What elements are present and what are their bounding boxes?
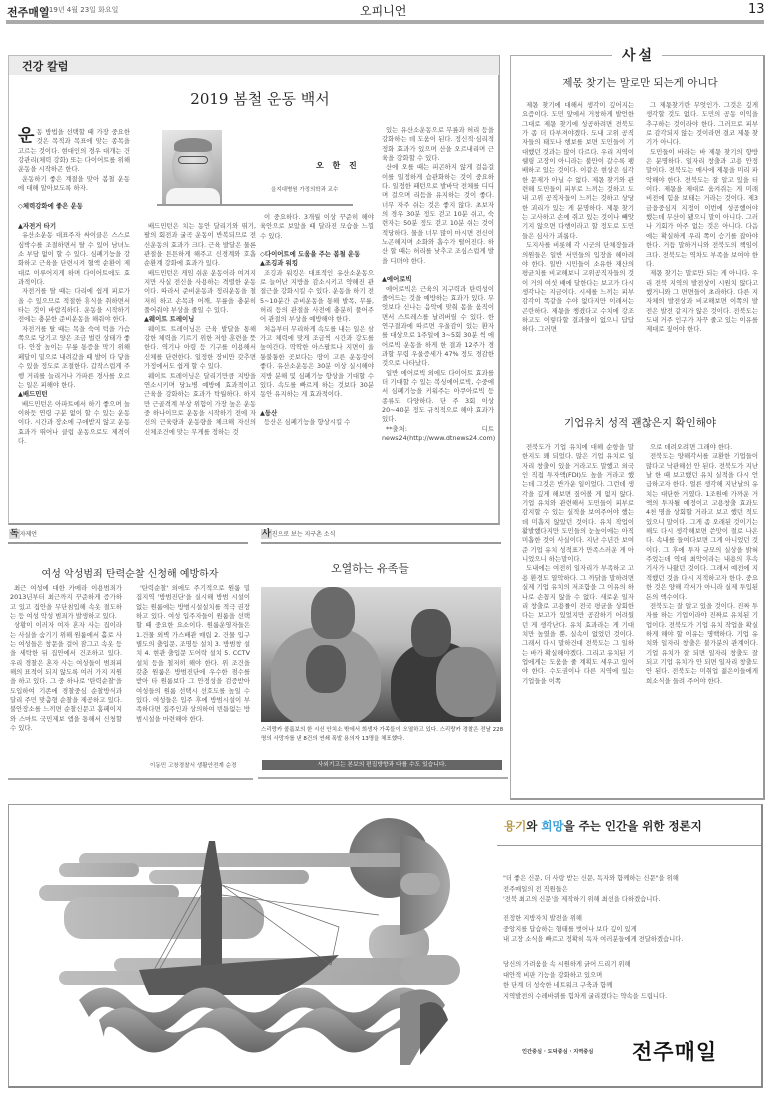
section-heading: ◇체력강화에 좋은 운동 xyxy=(18,202,130,211)
paragraph: 배드민턴은 아파트에서 하기 좋으며 놀이하듯 연령 구분 없이 할 수 있는 … xyxy=(18,400,130,447)
ad-logo: 전주매일 xyxy=(632,1036,717,1066)
reader-title: 여성 악성범죄 탄력순찰 신청해 예방하자 xyxy=(10,565,250,580)
intro-text: 동 방법을 선택할 때 가장 중요한 것은 목적과 목표에 맞는 종목을 고르는… xyxy=(18,128,130,173)
paragraph: 전북도는 양해각서를 교환한 기업들이 많다고 낙관해선 안 된다. 전북도가 … xyxy=(646,452,758,602)
reader-signature: 이동민 고창경찰서 생활안전계 순경 xyxy=(150,761,236,769)
paragraph: 있는 유산소운동으로 무릎과 허리 등을 강화하는 데 도움이 된다. 정신적·… xyxy=(382,126,494,163)
photo-news-bottom-rule xyxy=(258,777,508,779)
ad-line: 중앙지를 답습하는 형태를 벗어나 보다 깊이 있게 xyxy=(503,925,763,936)
paragraph: 에어로빅은 근육의 지구력과 탄력성이 줄어드는 것을 예방하는 효과가 있다.… xyxy=(382,285,494,369)
author-name: 오 한 진 xyxy=(316,160,360,171)
health-column-1: ▲자전거 타기유산소운동 대표주자 싸이클은 스스로 심박수를 조절하면서 탈 … xyxy=(18,222,130,446)
paragraph: 도내에는 여전히 일자리가 부족하고 고용 환경도 열악하다. 그 까닭을 말하… xyxy=(522,564,634,685)
reader-bottom-rule xyxy=(8,778,253,780)
ad-line: "더 좋은 신문, 더 사랑 받는 신문, 독자와 함께하는 신문"을 위해 xyxy=(503,874,763,885)
health-column-label: 건강 칼럼 xyxy=(22,58,68,74)
reader-section-initial: 독 xyxy=(9,529,20,539)
paragraph: 상황이 이러자 여자 혼자 사는 집이라는 사실을 숨기기 위해 원룸에서 홀로… xyxy=(10,621,122,733)
paragraph: '탄력순찰' 외에도 주기적으로 원룸 밀집지역 '방범진단'을 실시해 방범 … xyxy=(136,584,250,724)
reader-section-header: 독자제언 xyxy=(9,526,37,539)
ad-line: 진정한 지방자치 발전을 위해 xyxy=(503,914,763,925)
paragraph: 웨이트 트레이닝은 달리기만큼 지방을 연소시키며 당뇨병 예방에 효과적이고 … xyxy=(144,372,256,437)
editorial-label: 사설 xyxy=(622,45,655,65)
health-column-title: 2019 봄철 운동 백서 xyxy=(160,88,360,109)
editorial-1-col-2: 그 제몫찾기란 무엇인가. 그것은 깊게 생각할 것도 없다. 도민의 공동 이… xyxy=(646,101,758,335)
subheading: ▲조깅과 워킹 xyxy=(260,259,374,268)
photo-head-1 xyxy=(311,587,355,639)
news-photo xyxy=(261,587,501,722)
photo-news-initial: 사 xyxy=(261,529,272,539)
paragraph: 최근 여성에 대한 카메라 이용범죄가 2013년부터 최근까지 꾸준하게 증가… xyxy=(10,584,122,621)
slogan-hope: 희망 xyxy=(541,819,563,833)
paragraph: 배드민턴은 게임 쉬운 운동이라 여겨지지만 사실 전신을 사용하는 격렬한 운… xyxy=(144,269,256,316)
health-column-tab xyxy=(9,56,499,75)
paragraph: 도민들이 바라는 바 제몫 찾기의 향방은 분명하다. 일자리 창출과 고용 안… xyxy=(646,148,758,269)
photo-figure-3 xyxy=(436,647,496,717)
contribution-disclaimer: 사외기고는 본보의 편집방향과 다를 수도 있습니다. xyxy=(262,760,502,770)
reader-col-2: '탄력순찰' 외에도 주기적으로 원룸 밀집지역 '방범진단'을 실시해 방범 … xyxy=(136,584,250,724)
subheading: ▲등산 xyxy=(260,409,374,418)
ad-slogan: 용기와 희망을 주는 인간을 위한 정론지 xyxy=(504,818,702,834)
paragraph: 으로 데려오려면 그래야 한다. xyxy=(646,443,758,452)
author-affiliation: 을지대병원 가정의학과 교수 xyxy=(271,185,338,193)
editorial-title-2: 기업유치 성적 괜찮은지 확인해야 xyxy=(520,415,760,430)
slogan-courage: 용기 xyxy=(504,819,526,833)
photo-head-3 xyxy=(411,609,451,657)
paragraph: 도지사를 비롯해 각 시군의 단체장들과 의원들은 일반 서민들의 입장을 헤아… xyxy=(522,241,634,334)
subheading: ▲웨이트 트레이닝 xyxy=(144,315,256,324)
ad-line: 내 고장 소식을 빠르고 정확히 독자 여러분들에게 전달하겠습니다. xyxy=(503,935,763,946)
photo-head-2 xyxy=(306,645,346,693)
slogan-conjunction: 와 xyxy=(526,819,541,833)
paragraph: 산에 오를 때는 피곤하지 않게 걸음걸이를 일정하게 습관화하는 것이 중요하… xyxy=(382,163,494,266)
paragraph: 일반 에어로빅 외에도 다이어트 효과를 더 기대할 수 있는 복싱에어로빅, … xyxy=(382,369,494,425)
photo-news-rule xyxy=(261,542,501,544)
paragraph: 이 중요하다. 3개월 이상 꾸준히 해야 육안으로 보았을 때 달라진 모습을… xyxy=(260,213,374,241)
masthead-date: 2019년 4월 23일 화요일 xyxy=(40,5,118,15)
editorial-2-col-2: 으로 데려오려면 그래야 한다.전북도는 양해각서를 교환한 기업들이 많다고 … xyxy=(646,443,758,686)
ad-line: '전북 최고의 신문'을 제작하기 위해 최선을 다하겠습니다. xyxy=(503,895,763,906)
ad-line: 대안적 비판 기능을 강화하고 있으며 xyxy=(503,971,763,982)
reader-col-1: 최근 여성에 대한 카메라 이용범죄가 2013년부터 최근까지 꾸준하게 증가… xyxy=(10,584,122,734)
paragraph: 웨이트 트레이닝은 근육 발달을 통해 강한 체력을 기르기 위한 저항 훈련을… xyxy=(144,325,256,372)
ad-line: 지역발전의 수레바퀴를 힘차게 굴리겠다는 약속을 드립니다. xyxy=(503,992,763,1003)
paragraph: 전북도는 잘 알고 있을 것이다. 진짜 투자를 하는 기업이라야 진짜로 유치… xyxy=(646,602,758,686)
photo-news-title: 오열하는 유족들 xyxy=(290,560,450,576)
paragraph: 조깅과 워킹은 대표적인 유산소운동으로 늘어난 지방을 감소시키고 약해진 관… xyxy=(260,269,374,325)
ad-line: 한 단계 더 성숙한 네트워크 구축과 함께 xyxy=(503,981,763,992)
health-column-2: 배드민턴은 치는 동안 달리기와 뛰기, 팔의 회전과 굴곡 운동이 반복되므로… xyxy=(144,222,256,437)
masthead-divider xyxy=(6,20,764,24)
spacer xyxy=(260,241,374,250)
photo-news-label: 진으로 보는 지구촌 소식 xyxy=(272,531,336,538)
section-title: 오피니언 xyxy=(360,2,406,19)
intro-text-2: 운동하기 좋은 계절을 맞아 봄철 운동에 대해 알아보도록 하자. xyxy=(18,175,130,194)
health-column-4: 있는 유산소운동으로 무릎과 허리 등을 강화하는 데 도움이 된다. 정신적·… xyxy=(382,126,494,443)
paragraph: 전북도가 기업 유치에 대해 순항을 말한지도 꽤 되었다. 많은 기업 유치로… xyxy=(522,443,634,564)
ad-tagline: 인간중심 · 도덕중심 · 지역중심 xyxy=(522,1048,593,1055)
subheading: ◇다이어트에 도움을 주는 봄철 운동 xyxy=(260,250,374,259)
ad-paragraph-2: 진정한 지방자치 발전을 위해중앙지를 답습하는 형태를 벗어나 보다 깊이 있… xyxy=(503,914,763,946)
paragraph: 자전거를 탈 때는 다리에 쉽게 피로가 올 수 있으므로 적절한 휴식을 취하… xyxy=(18,287,130,324)
ad-line: 전주매일의 전 직원들은 xyxy=(503,885,763,896)
health-column-3: 이 중요하다. 3개월 이상 꾸준히 해야 육안으로 보았을 때 달라진 모습을… xyxy=(260,213,374,427)
ad-paragraph-1: "더 좋은 신문, 더 사랑 받는 신문, 독자와 함께하는 신문"을 위해전주… xyxy=(503,874,763,906)
ad-paragraph-3: 당신의 가려움을 속 시원하게 긁어 드리기 위해대안적 비판 기능을 강화하고… xyxy=(503,960,763,1002)
editorial-1-col-1: 제몫 찾기에 대해서 생각이 깊어지는 요즘이다. 도민 앞에서 거창하게 발언… xyxy=(522,101,634,335)
dropcap: 운 xyxy=(18,128,34,144)
paragraph: 유산소운동 대표주자 싸이클은 스스로 심박수를 조절하면서 탈 수 있어 남녀… xyxy=(18,231,130,287)
author-photo-hair xyxy=(174,138,212,152)
author-photo-shirt xyxy=(166,188,220,205)
paragraph: 처음부터 무리하게 속도를 내는 일은 삼가고 체력에 맞게 조금씩 시간과 강… xyxy=(260,325,374,400)
subheading: ▲에어로빅 xyxy=(382,275,494,284)
paragraph: 배드민턴은 치는 동안 달리기와 뛰기, 팔의 회전과 굴곡 운동이 반복되므로… xyxy=(144,222,256,269)
ad-line: 당신의 가려움을 속 시원하게 긁어 드리기 위해 xyxy=(503,960,763,971)
author-divider xyxy=(157,204,353,206)
paragraph: 등산은 심폐기능을 향상시킬 수 xyxy=(260,418,374,427)
editorial-title-1: 제몫 찾기는 말로만 되는게 아니다 xyxy=(520,75,760,90)
paragraph: 제몫 찾기는 말로만 되는 게 아니다. 우리 전북 지역의 발전상이 시원치 … xyxy=(646,269,758,334)
spacer xyxy=(382,266,494,275)
paragraph: 자전거를 탈 때는 목을 숙여 턱을 가슴 쪽으로 당기고 양은 조금 벌린 상… xyxy=(18,325,130,390)
decorative-shapes xyxy=(400,805,495,1087)
spacer xyxy=(260,400,374,409)
ship-illustration xyxy=(9,805,429,1087)
paragraph: 제몫 찾기에 대해서 생각이 깊어지는 요즘이다. 도민 앞에서 거창하게 발언… xyxy=(522,101,634,241)
slogan-rest: 을 주는 인간을 위한 정론지 xyxy=(564,819,702,833)
author-photo-glasses xyxy=(178,156,208,164)
photo-caption: 스리랑카 콜롬보의 한 시신 안치소 밖에서 희생자 가족들이 오열하고 있다.… xyxy=(261,726,504,744)
reader-section-label: 자제언 xyxy=(20,531,37,538)
reader-section-rule xyxy=(8,542,248,544)
photo-news-header: 사진으로 보는 지구촌 소식 xyxy=(261,526,335,539)
editorial-2-col-1: 전북도가 기업 유치에 대해 순항을 말한지도 꽤 되었다. 많은 기업 유치로… xyxy=(522,443,634,686)
slogan-divider xyxy=(497,845,761,846)
paragraph: 그 제몫찾기란 무엇인가. 그것은 깊게 생각할 것도 없다. 도민의 공동 이… xyxy=(646,101,758,148)
paragraph: **출처: 디트news24(http://www.dtnews24.com) xyxy=(382,425,494,444)
subheading: ▲자전거 타기 xyxy=(18,222,130,231)
subheading: ▲배드민턴 xyxy=(18,390,130,399)
page-number: 13 xyxy=(748,2,765,17)
health-intro: 운 동 방법을 선택할 때 가장 중요한 것은 목적과 목표에 맞는 종목을 고… xyxy=(18,128,130,212)
